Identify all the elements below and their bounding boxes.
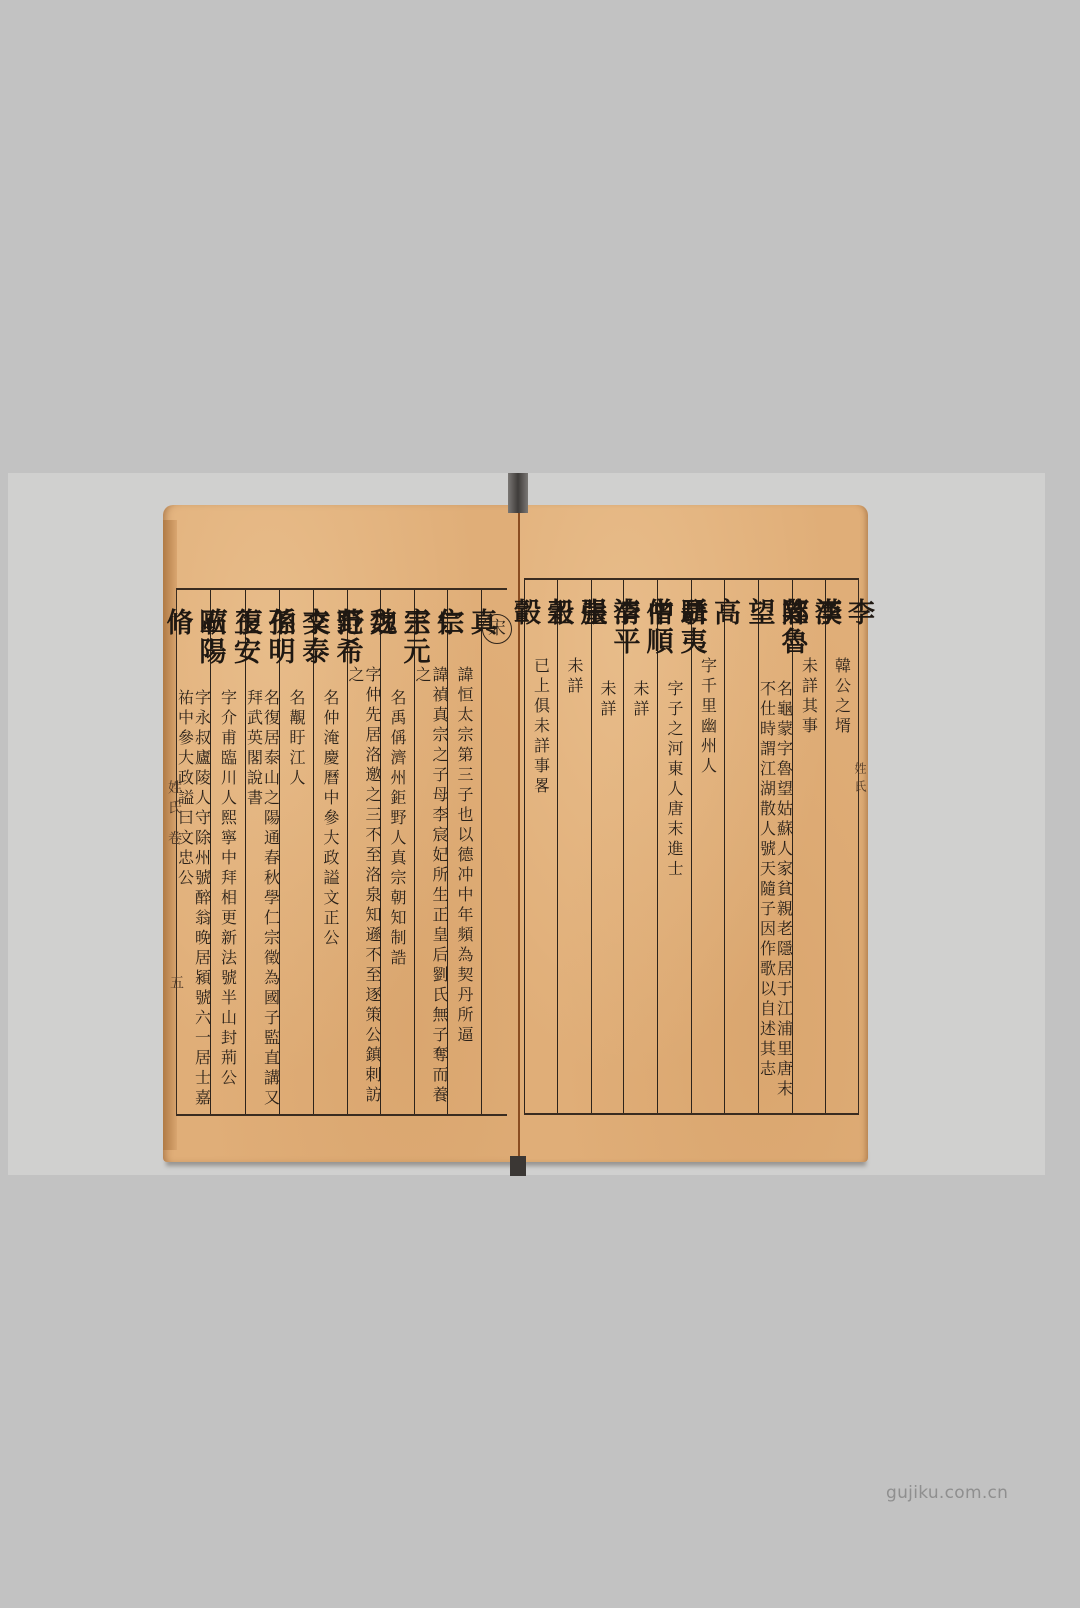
entry-note: 韓公之壻	[834, 657, 851, 1113]
entry-blank	[725, 580, 758, 1113]
entry-note: 名龜蒙字魯望姑蘇人家貧親老隱居于江浦里唐末不仕時謂江湖散人號天隨子因作歌以自述其…	[759, 680, 793, 1113]
entry-note: 諱禎真宗之子母李宸妃所生正皇后劉氏無子奪而養之	[414, 666, 448, 1114]
entry-name: 王轂	[508, 598, 574, 653]
entry-note: 未詳	[632, 680, 649, 1113]
left-page-number: 五	[166, 975, 186, 995]
entry-note: 名復居泰山之陽通春秋學仁宗徵為國子監直講又拜武英閣說書	[246, 689, 280, 1114]
left-margin-title: 姓氏 卷	[164, 780, 184, 850]
entry-note: 名覯盱江人	[288, 689, 305, 1114]
entry-note: 已上俱未詳事畧	[533, 657, 550, 1113]
entry-li-pingya: 李平崖 未詳	[592, 580, 623, 1113]
entry-note: 諱恒太宗第三子也以德冲中年頻為契丹所逼	[456, 666, 473, 1114]
entry-ouyang-xiu: 歐陽脩 字永叔廬陵人守除州號醉翁晚居潁號六一居士嘉祐中參大政謚曰文忠公	[177, 590, 210, 1114]
book-spine-bottom	[510, 1156, 526, 1176]
column-rule	[481, 590, 482, 1114]
entry-zhenzong: 真宗 諱恒太宗第三子也以德冲中年頻為契丹所逼	[448, 590, 481, 1114]
entry-wang-yuanzhi: 王元之 名禹偁濟州鉅野人真宗朝知制誥	[381, 590, 414, 1114]
entry-note: 字仲先居洛邀之三不至洛泉知遜不至逐策公鎮剌訪之	[347, 666, 381, 1114]
entry-note: 字子之河東人唐末進士	[666, 680, 683, 1113]
watermark: gujiku.com.cn	[886, 1483, 1008, 1503]
entry-lu-luwang: 陸魯望 名龜蒙字魯望姑蘇人家貧親老隱居于江浦里唐末不仕時謂江湖散人號天隨子因作歌…	[759, 580, 792, 1113]
book-spine-top	[508, 473, 528, 513]
entry-note: 字千里幽州人	[700, 657, 717, 1113]
entry-note: 名仲淹慶曆中參大政謚文正公	[322, 689, 339, 1114]
entry-note: 未詳	[599, 680, 616, 1113]
entry-name: 歐陽脩	[161, 608, 227, 685]
right-margin-title: 姓氏	[852, 762, 869, 798]
entry-note: 字介甫臨川人熙寧中拜相更新法號半山封荊公	[220, 689, 237, 1114]
entry-note: 字永叔廬陵人守除州號醉翁晚居潁號六一居士嘉祐中參大政謚曰文忠公	[177, 689, 211, 1114]
entry-wang-gu: 王轂 已上俱未詳事畧	[525, 580, 557, 1113]
entry-li-han: 李漢 韓公之壻	[826, 580, 858, 1113]
right-page-frame: 李漢 韓公之壻 李鄴 未詳其事 陸魯望 名龜蒙字魯望姑蘇人家貧親老隱居于江浦里唐…	[524, 578, 859, 1115]
left-page-frame: 真宗 諱恒太宗第三子也以德冲中年頻為契丹所逼 仁宗 諱禎真宗之子母李宸妃所生正皇…	[176, 588, 507, 1116]
entry-zhang-gu: 張穀 未詳	[558, 580, 591, 1113]
entry-note: 未詳	[566, 657, 583, 1113]
entry-note: 未詳其事	[801, 657, 818, 1113]
entry-note: 名禹偁濟州鉅野人真宗朝知制誥	[389, 689, 406, 1114]
